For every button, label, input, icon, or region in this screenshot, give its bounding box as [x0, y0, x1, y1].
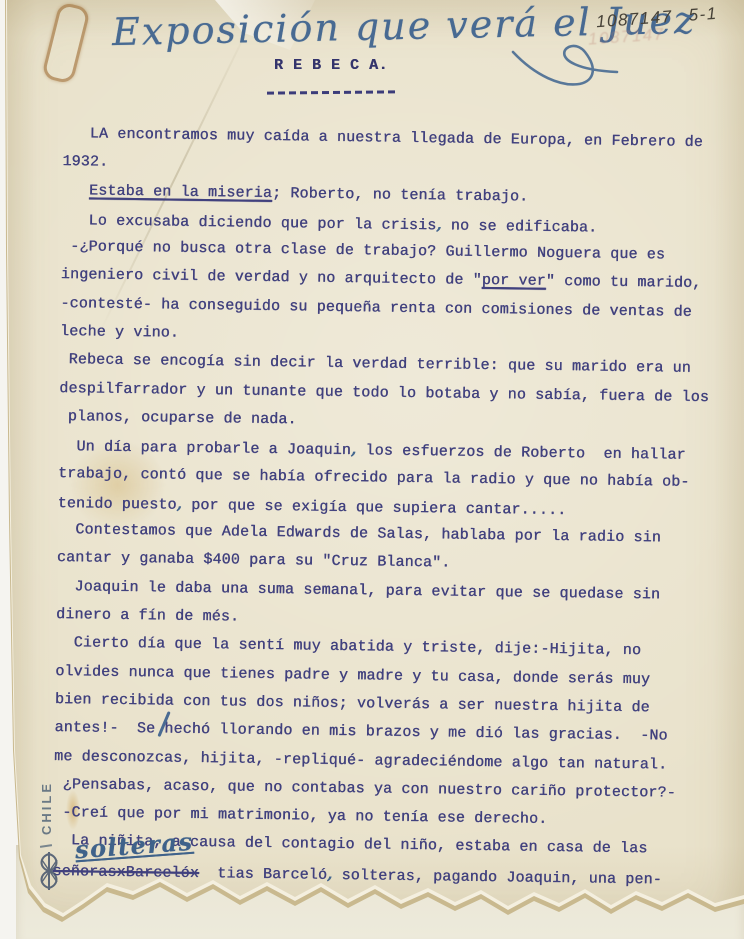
text-segment: dinero a fín de més.	[56, 606, 239, 626]
monogram-stamp	[34, 850, 64, 892]
text-segment: LA encontramos muy caída a nuestra llega…	[90, 125, 703, 151]
text-segment: ¿Pensabas, acaso, que no contabas ya con…	[63, 776, 676, 802]
text-segment: h	[164, 716, 174, 744]
text-segment: -Creí que por mi matrimonio, ya no tenía…	[62, 804, 547, 828]
text-segment: los esfuerzos de Roberto en hallar	[356, 442, 686, 464]
text-segment: bien recibida con tus dos niños; volverá…	[55, 691, 650, 716]
text-segment: planos, ocuparse de nada.	[68, 408, 297, 428]
document-page: Exposición que verá el Juez 10871475-1 1…	[0, 0, 744, 939]
file-number-ghost: 1087147	[587, 24, 665, 49]
text-segment: Joaquin le daba una suma semanal, para e…	[74, 578, 660, 603]
file-number-suffix: 5-1	[688, 4, 718, 25]
text-segment: cantar y ganaba $400 para su "Cruz Blanc…	[57, 549, 451, 571]
text-segment: echó llorando en mis brazos y me dió las…	[173, 721, 667, 745]
text-segment: solteras, pagando Joaquin, una pen-	[332, 867, 662, 889]
text-segment: ingeniero civil de verdad y no arquitect…	[61, 266, 482, 289]
text-segment: -¿Porqué no busca otra clase de trabajo?…	[70, 238, 665, 263]
text-segment: " como tu marido,	[546, 273, 702, 292]
text-segment: por ver	[482, 272, 546, 290]
text-segment: despilfarrador y un tunante que todo lo …	[59, 380, 709, 406]
text-segment: Cierto día que la sentí muy abatida y tr…	[74, 635, 642, 660]
paperclip-rust-stain	[41, 1, 91, 84]
text-segment: Rebeca se encogía sin decir la verdad te…	[69, 351, 691, 377]
pen-flourish	[505, 40, 625, 110]
text-segment: tias Barceló	[199, 865, 327, 884]
text-segment: 1932.	[62, 153, 108, 171]
text-segment: leche y vino.	[60, 323, 179, 342]
title-underline	[267, 90, 395, 94]
text-segment: Lo excusaba diciendo que por la crisis	[88, 212, 436, 234]
scanned-page-view: Exposición que verá el Juez 10871475-1 1…	[0, 0, 744, 939]
text-segment: Estaba en la miseria	[89, 182, 272, 202]
text-segment: señorasxBarcelóx	[52, 863, 199, 882]
text-segment: trabajo, contó que se había ofrecido par…	[58, 465, 690, 491]
text-segment: tenido puesto	[58, 495, 177, 514]
typed-body: LA encontramos muy caída a nuestra llega…	[52, 120, 733, 893]
text-segment: -contesté- ha conseguido su pequeña rent…	[60, 295, 692, 321]
document-title: R E B E C A.	[274, 57, 388, 74]
text-segment: por que se exigía que supiera cantar....…	[182, 497, 567, 519]
text-segment: me desconozcas, hijita, -repliqué- agrad…	[54, 747, 667, 773]
text-segment: Un día para probarle a Joaquin	[76, 438, 351, 459]
stamp-separator	[40, 844, 52, 848]
text-segment: antes!- Se	[54, 719, 164, 738]
text-segment: no se edificaba.	[442, 217, 598, 236]
text-segment: ; Roberto, no tenía trabajo.	[272, 185, 528, 206]
text-segment: Contestamos que Adela Edwards de Salas, …	[75, 521, 661, 546]
chile-watermark-stamp: CHILE	[37, 776, 55, 840]
text-segment: olvides nunca que tienes padre y madre y…	[55, 663, 650, 688]
